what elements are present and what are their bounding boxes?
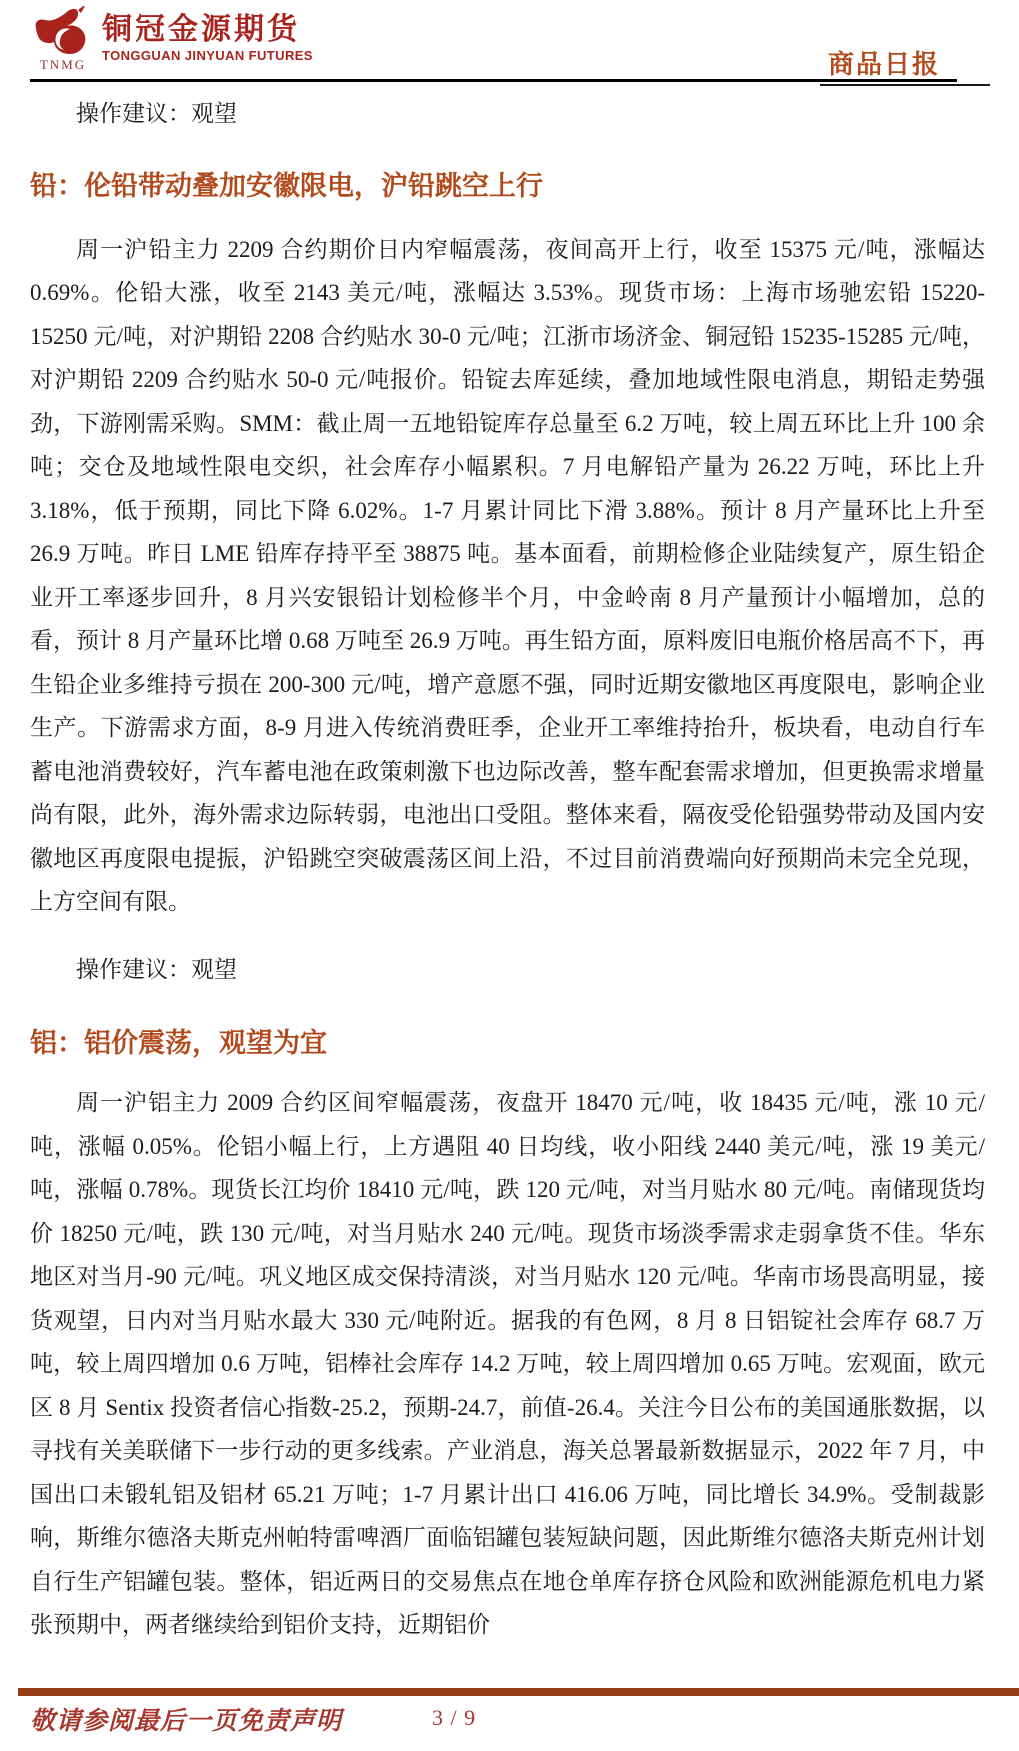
advice-line-top: 操作建议：观望 (30, 92, 985, 136)
logo-text-block: 铜冠金源期货 TONGGUAN JINYUAN FUTURES (102, 6, 313, 63)
page-header: TNMG 铜冠金源期货 TONGGUAN JINYUAN FUTURES 商品日… (0, 0, 1019, 84)
report-title: 商品日报 (828, 44, 940, 81)
report-content: 操作建议：观望 铅：伦铅带动叠加安徽限电，沪铅跳空上行 周一沪铅主力 2209 … (0, 84, 1019, 1647)
advice-line-lead: 操作建议：观望 (30, 948, 985, 992)
logo-brand-en: TONGGUAN JINYUAN FUTURES (102, 48, 313, 63)
logo-tnmg-text: TNMG (40, 57, 86, 73)
company-logo: TNMG 铜冠金源期货 TONGGUAN JINYUAN FUTURES (32, 6, 313, 73)
logo-brand-cn: 铜冠金源期货 (102, 14, 313, 46)
footer-page-number: 3 / 9 (432, 1705, 476, 1731)
header-rule (30, 79, 957, 82)
tnmg-logo-icon (34, 6, 92, 56)
footer-disclaimer: 敬请参阅最后一页免责声明 (30, 1701, 342, 1737)
footer-rule (18, 1688, 1019, 1696)
section-body-aluminum: 周一沪铝主力 2009 合约区间窄幅震荡，夜盘开 18470 元/吨，收 184… (30, 1081, 985, 1647)
section-body-lead: 周一沪铅主力 2209 合约期价日内窄幅震荡，夜间高开上行，收至 15375 元… (30, 228, 985, 924)
section-heading-aluminum: 铝：铝价震荡，观望为宜 (30, 1025, 985, 1061)
logo-mark-wrap: TNMG (32, 6, 94, 73)
section-heading-lead: 铅：伦铅带动叠加安徽限电，沪铅跳空上行 (30, 168, 985, 204)
report-page: TNMG 铜冠金源期货 TONGGUAN JINYUAN FUTURES 商品日… (0, 0, 1019, 1751)
